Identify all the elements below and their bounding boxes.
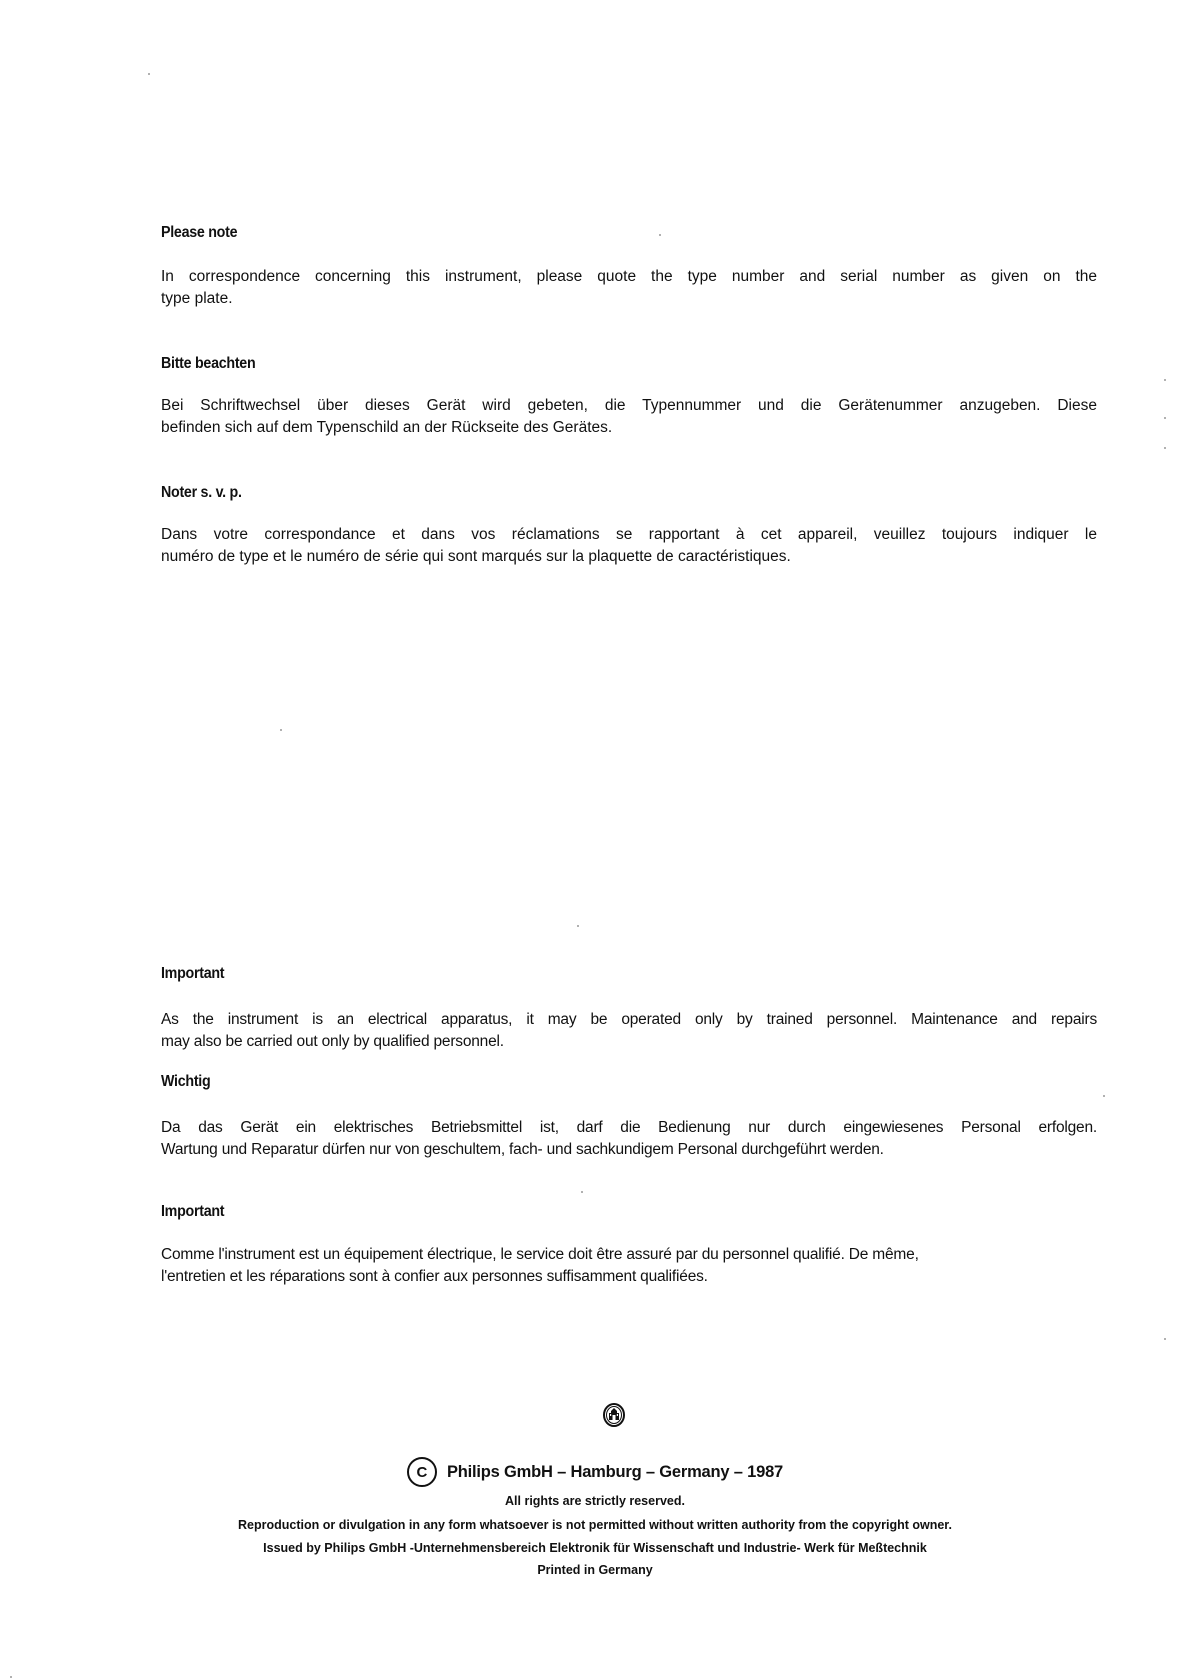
section-noter-svp: Noter s. v. p. <box>161 484 1097 502</box>
section-important-en: Important <box>161 965 1097 983</box>
section-bitte-beachten-body: Bei Schriftwechsel über dieses Gerät wir… <box>161 395 1097 439</box>
section-please-note: Please note <box>161 224 1097 242</box>
scan-speck <box>1164 379 1166 381</box>
issued-by-notice: Issued by Philips GmbH -Unternehmensbere… <box>0 1541 1190 1555</box>
section-bitte-beachten: Bitte beachten <box>161 355 1097 373</box>
reproduction-notice: Reproduction or divulgation in any form … <box>0 1518 1190 1532</box>
scan-speck <box>148 73 150 75</box>
scan-speck <box>581 1191 583 1193</box>
body-line: Comme l'instrument est un équipement éle… <box>161 1244 1111 1266</box>
section-heading: Wichtig <box>161 1073 1022 1091</box>
section-heading: Bitte beachten <box>161 355 1022 373</box>
hamburg-seal-icon <box>603 1403 625 1427</box>
body-line: type plate. <box>161 288 1097 310</box>
section-important-fr-body: Comme l'instrument est un équipement éle… <box>161 1244 1097 1288</box>
scan-speck <box>1103 1095 1105 1097</box>
body-line: In correspondence concerning this instru… <box>161 266 1097 288</box>
section-heading: Noter s. v. p. <box>161 484 1022 502</box>
body-line: befinden sich auf dem Typenschild an der… <box>161 417 1097 439</box>
section-heading: Important <box>161 1203 1022 1221</box>
printed-notice: Printed in Germany <box>0 1563 1190 1577</box>
rights-notice: All rights are strictly reserved. <box>0 1494 1190 1508</box>
body-line: Da das Gerät ein elektrisches Betriebsmi… <box>161 1117 1097 1139</box>
section-please-note-body: In correspondence concerning this instru… <box>161 266 1097 310</box>
scan-speck <box>659 234 661 236</box>
scan-speck <box>1164 447 1166 449</box>
scan-speck <box>280 729 282 731</box>
body-line: may also be carried out only by qualifie… <box>161 1031 1097 1053</box>
body-line: As the instrument is an electrical appar… <box>161 1009 1097 1031</box>
scan-speck <box>1164 1338 1166 1340</box>
scan-speck <box>577 925 579 927</box>
section-wichtig: Wichtig <box>161 1073 1097 1091</box>
section-heading: Please note <box>161 224 1022 242</box>
scan-speck <box>10 1676 12 1678</box>
section-important-fr: Important <box>161 1203 1097 1221</box>
body-line: Dans votre correspondance et dans vos ré… <box>161 524 1097 546</box>
body-line: Bei Schriftwechsel über dieses Gerät wir… <box>161 395 1097 417</box>
copyright-icon: C <box>407 1457 437 1487</box>
section-important-en-body: As the instrument is an electrical appar… <box>161 1009 1097 1053</box>
section-wichtig-body: Da das Gerät ein elektrisches Betriebsmi… <box>161 1117 1097 1161</box>
scan-speck <box>1164 417 1166 419</box>
copyright-line: C Philips GmbH – Hamburg – Germany – 198… <box>0 1457 1190 1487</box>
section-heading: Important <box>161 965 1022 983</box>
body-line: Wartung und Reparatur dürfen nur von ges… <box>161 1139 1097 1161</box>
section-noter-svp-body: Dans votre correspondance et dans vos ré… <box>161 524 1097 568</box>
document-page: Please note In correspondence concerning… <box>0 0 1190 1680</box>
body-line: l'entretien et les réparations sont à co… <box>161 1266 1111 1288</box>
copyright-text: Philips GmbH – Hamburg – Germany – 1987 <box>447 1463 783 1482</box>
body-line: numéro de type et le numéro de série qui… <box>161 546 1097 568</box>
